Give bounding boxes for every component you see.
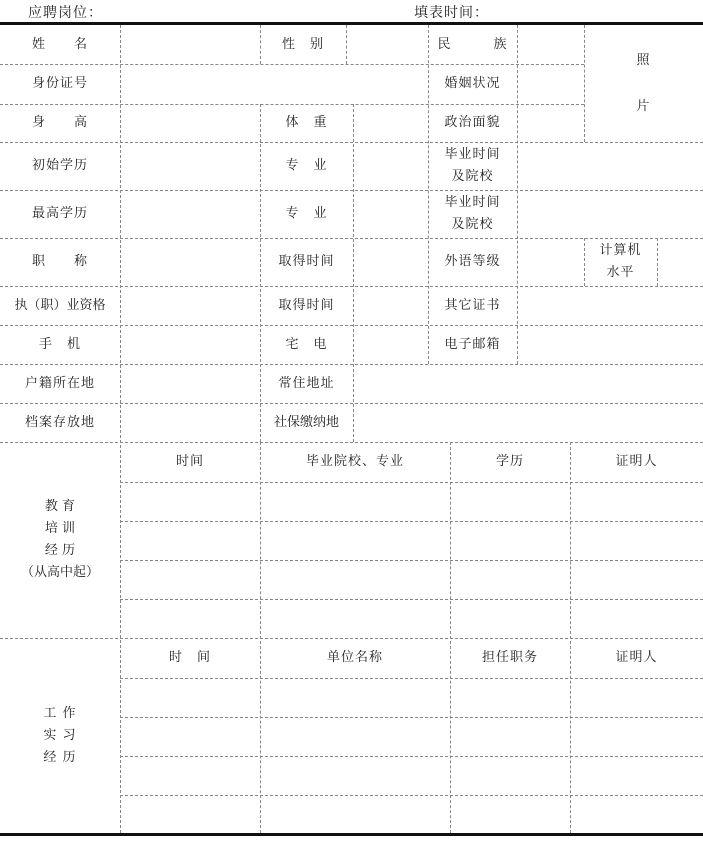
work-row-1-position[interactable] — [450, 678, 570, 717]
grid-line — [120, 599, 703, 600]
label-grad-time-school-1: 毕业时间 及院校 — [428, 142, 517, 190]
grid-line — [120, 795, 703, 796]
grid-line — [0, 64, 584, 65]
grid-line — [0, 104, 584, 105]
education-row-3-time[interactable] — [120, 560, 260, 599]
work-col-time: 时 间 — [120, 638, 260, 678]
input-obtain-time-2[interactable] — [353, 286, 428, 325]
label-email: 电子邮箱 — [428, 325, 517, 364]
label-grad-time-school-2: 毕业时间 及院校 — [428, 190, 517, 238]
input-grad-time-school-2[interactable] — [517, 190, 703, 238]
work-section-label: 工 作 实 习 经 历 — [0, 638, 120, 834]
photo-box[interactable]: 照 片 — [584, 25, 703, 142]
grid-line — [657, 238, 658, 286]
input-mobile[interactable] — [120, 325, 260, 364]
work-row-3-position[interactable] — [450, 756, 570, 795]
work-col-company: 单位名称 — [260, 638, 450, 678]
work-row-4-company[interactable] — [260, 795, 450, 834]
label-marital-status: 婚姻状况 — [428, 64, 517, 104]
education-row-3-school[interactable] — [260, 560, 450, 599]
work-row-4-time[interactable] — [120, 795, 260, 834]
label-residence: 常住地址 — [260, 364, 353, 403]
input-obtain-time-1[interactable] — [353, 238, 428, 286]
grid-line — [584, 25, 585, 142]
input-id-number[interactable] — [120, 64, 428, 104]
input-height[interactable] — [120, 104, 260, 142]
grid-line — [0, 325, 703, 326]
grid-line — [0, 364, 703, 365]
label-obtain-time-2: 取得时间 — [260, 286, 353, 325]
education-col-time: 时间 — [120, 442, 260, 482]
grid-line — [260, 442, 261, 833]
input-email[interactable] — [517, 325, 703, 364]
label-social-security: 社保缴纳地 — [260, 403, 353, 442]
grid-line — [0, 403, 703, 404]
education-row-1-school[interactable] — [260, 482, 450, 521]
grid-line — [120, 25, 121, 833]
input-home-phone[interactable] — [353, 325, 428, 364]
label-foreign-language: 外语等级 — [428, 238, 517, 286]
label-other-certs: 其它证书 — [428, 286, 517, 325]
work-row-3-referee[interactable] — [570, 756, 703, 795]
grid-line — [450, 442, 451, 833]
grid-line — [517, 25, 518, 364]
education-row-2-degree[interactable] — [450, 521, 570, 560]
input-political-status[interactable] — [517, 104, 584, 142]
label-obtain-time-1: 取得时间 — [260, 238, 353, 286]
input-name[interactable] — [120, 25, 260, 64]
grid-line — [120, 482, 703, 483]
grid-line — [0, 638, 703, 639]
label-archive-location: 档案存放地 — [0, 403, 120, 442]
education-row-4-time[interactable] — [120, 599, 260, 638]
grid-line — [120, 521, 703, 522]
education-row-2-school[interactable] — [260, 521, 450, 560]
grid-line — [346, 25, 347, 64]
education-row-2-time[interactable] — [120, 521, 260, 560]
grid-line — [120, 560, 703, 561]
label-major-2: 专 业 — [260, 190, 353, 238]
education-row-4-school[interactable] — [260, 599, 450, 638]
label-political-status: 政治面貌 — [428, 104, 517, 142]
input-computer-level[interactable] — [657, 238, 703, 286]
education-col-referee: 证明人 — [570, 442, 703, 482]
label-major-1: 专 业 — [260, 142, 353, 190]
education-row-1-degree[interactable] — [450, 482, 570, 521]
education-row-2-referee[interactable] — [570, 521, 703, 560]
work-row-3-company[interactable] — [260, 756, 450, 795]
work-row-1-company[interactable] — [260, 678, 450, 717]
label-name: 姓 名 — [0, 25, 120, 64]
education-col-school-major: 毕业院校、专业 — [260, 442, 450, 482]
input-title[interactable] — [120, 238, 260, 286]
grid-line — [0, 238, 703, 239]
label-qualification: 执（职）业资格 — [0, 286, 120, 325]
input-qualification[interactable] — [120, 286, 260, 325]
label-hukou: 户籍所在地 — [0, 364, 120, 403]
education-row-3-referee[interactable] — [570, 560, 703, 599]
label-ethnicity: 民 族 — [428, 25, 517, 64]
education-section-label: 教 育 培 训 经 历 （从高中起） — [0, 442, 120, 638]
grid-line — [0, 442, 703, 443]
grid-line — [0, 190, 703, 191]
grid-line — [584, 238, 585, 286]
label-mobile: 手 机 — [0, 325, 120, 364]
position-label: 应聘岗位： — [28, 2, 103, 22]
work-row-2-time[interactable] — [120, 717, 260, 756]
input-major-2[interactable] — [353, 190, 428, 238]
label-computer-level: 计算机 水平 — [584, 238, 657, 286]
work-row-1-time[interactable] — [120, 678, 260, 717]
work-row-2-position[interactable] — [450, 717, 570, 756]
input-highest-education[interactable] — [120, 190, 260, 238]
work-row-3-time[interactable] — [120, 756, 260, 795]
label-title: 职 称 — [0, 238, 120, 286]
input-social-security[interactable] — [353, 403, 703, 442]
grid-line — [120, 678, 703, 679]
grid-line — [570, 442, 571, 833]
work-row-2-referee[interactable] — [570, 717, 703, 756]
label-height: 身 高 — [0, 104, 120, 142]
work-row-4-position[interactable] — [450, 795, 570, 834]
input-residence[interactable] — [353, 364, 703, 403]
education-row-1-time[interactable] — [120, 482, 260, 521]
grid-line — [120, 717, 703, 718]
fill-date-label: 填表时间： — [414, 2, 489, 22]
label-weight: 体 重 — [260, 104, 353, 142]
education-row-1-referee[interactable] — [570, 482, 703, 521]
input-grad-time-school-1[interactable] — [517, 142, 703, 190]
label-gender: 性 别 — [260, 25, 346, 64]
input-hukou[interactable] — [120, 364, 260, 403]
grid-line — [428, 25, 429, 364]
input-marital-status[interactable] — [517, 64, 584, 104]
work-col-position: 担任职务 — [450, 638, 570, 678]
label-id-number: 身份证号 — [0, 64, 120, 104]
grid-line — [120, 756, 703, 757]
grid-line — [260, 104, 261, 442]
input-foreign-language[interactable] — [517, 238, 584, 286]
input-other-certs[interactable] — [517, 286, 703, 325]
label-initial-education: 初始学历 — [0, 142, 120, 190]
education-row-4-degree[interactable] — [450, 599, 570, 638]
work-col-referee: 证明人 — [570, 638, 703, 678]
education-row-4-referee[interactable] — [570, 599, 703, 638]
work-row-2-company[interactable] — [260, 717, 450, 756]
input-gender[interactable] — [346, 25, 428, 64]
label-home-phone: 宅 电 — [260, 325, 353, 364]
photo-label-bottom: 片 — [636, 96, 650, 118]
grid-line — [353, 104, 354, 442]
grid-line — [0, 286, 703, 287]
photo-label-top: 照 — [636, 50, 650, 72]
grid-line — [0, 142, 703, 143]
work-row-4-referee[interactable] — [570, 795, 703, 834]
input-major-1[interactable] — [353, 142, 428, 190]
education-col-degree: 学历 — [450, 442, 570, 482]
input-archive-location[interactable] — [120, 403, 260, 442]
label-highest-education: 最高学历 — [0, 190, 120, 238]
input-weight[interactable] — [353, 104, 428, 142]
grid-line — [260, 25, 261, 64]
work-row-1-referee[interactable] — [570, 678, 703, 717]
input-initial-education[interactable] — [120, 142, 260, 190]
input-ethnicity[interactable] — [517, 25, 584, 64]
education-row-3-degree[interactable] — [450, 560, 570, 599]
